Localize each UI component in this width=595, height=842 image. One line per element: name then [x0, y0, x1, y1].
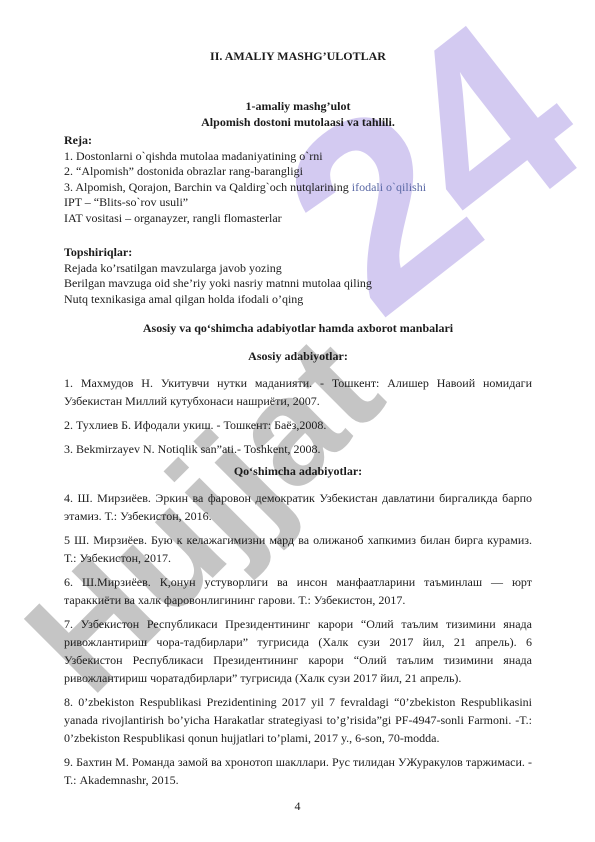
- topshiriq-item-1: Rejada ko’rsatilgan mavzularga javob yoz…: [64, 261, 532, 277]
- reference-item-9: 9. Бахтин М. Романда замой ва хронотоп ш…: [64, 753, 532, 789]
- reja-item-1: 1. Dostonlarni o`qishda mutolaa madaniya…: [64, 149, 532, 165]
- main-sources-heading: Asosiy adabiyotlar:: [64, 349, 532, 364]
- reference-item-2: 2. Тухлиев Б. Ифодали укиш. - Тошкент: Б…: [64, 416, 532, 434]
- sources-heading: Asosiy va qo‘shimcha adabiyotlar hamda a…: [64, 320, 532, 336]
- highlighted-text: ifodali o`qilishi: [352, 180, 426, 194]
- reference-item-4: 4. Ш. Мирзиёев. Эркин ва фаровон демокра…: [64, 489, 532, 525]
- reference-item-6: 6. Ш.Мирзиёев. К,онун устуворлиги ва инс…: [64, 573, 532, 609]
- reference-item-3: 3. Bekmirzayev N. Notiqlik san”ati.- Tos…: [64, 440, 532, 458]
- reference-list: 1. Махмудов Н. Укитувчи нутки маданияти.…: [64, 374, 532, 789]
- lesson-title-line1: 1-amaliy mashg’ulot: [64, 98, 532, 114]
- reja-label: Reja:: [64, 133, 532, 149]
- reference-item-5: 5 Ш. Мирзиёев. Бую к келажагимизни мард …: [64, 531, 532, 567]
- document-page: 24 Hujjat II. AMALIY MASHG’ULOTLAR 1-ama…: [0, 0, 595, 842]
- lesson-title-line2: Alpomish dostoni mutolaasi va tahlili.: [64, 114, 532, 130]
- reja-item-3: 3. Alpomish, Qorajon, Barchin va Qaldirg…: [64, 180, 532, 196]
- reference-item-1: 1. Махмудов Н. Укитувчи нутки маданияти.…: [64, 374, 532, 410]
- reja-item-2: 2. “Alpomish” dostonida obrazlar rang-ba…: [64, 164, 532, 180]
- reja-item-iat: IAT vositasi – organayzer, rangli flomas…: [64, 211, 532, 227]
- reja-item-ipt: IPT – “Blits-so`rov usuli”: [64, 195, 532, 211]
- topshiriqlar-label: Topshiriqlar:: [64, 245, 532, 261]
- reference-item-7: 7. Узбекистон Республикаси Президентинин…: [64, 615, 532, 687]
- topshiriq-item-3: Nutq texnikasiga amal qilgan holda ifoda…: [64, 292, 532, 308]
- page-content: II. AMALIY MASHG’ULOTLAR 1-amaliy mashg’…: [0, 0, 595, 789]
- reference-item-8: 8. 0’zbekiston Respublikasi Prezidentini…: [64, 693, 532, 747]
- additional-sources-heading: Qo‘shimcha adabiyotlar:: [64, 464, 532, 479]
- section-title: II. AMALIY MASHG’ULOTLAR: [64, 48, 532, 64]
- topshiriq-item-2: Berilgan mavzuga oid she’riy yoki nasriy…: [64, 276, 532, 292]
- page-number: 4: [0, 800, 595, 812]
- reja-item-3-prefix: 3. Alpomish, Qorajon, Barchin va Qaldirg…: [64, 180, 352, 194]
